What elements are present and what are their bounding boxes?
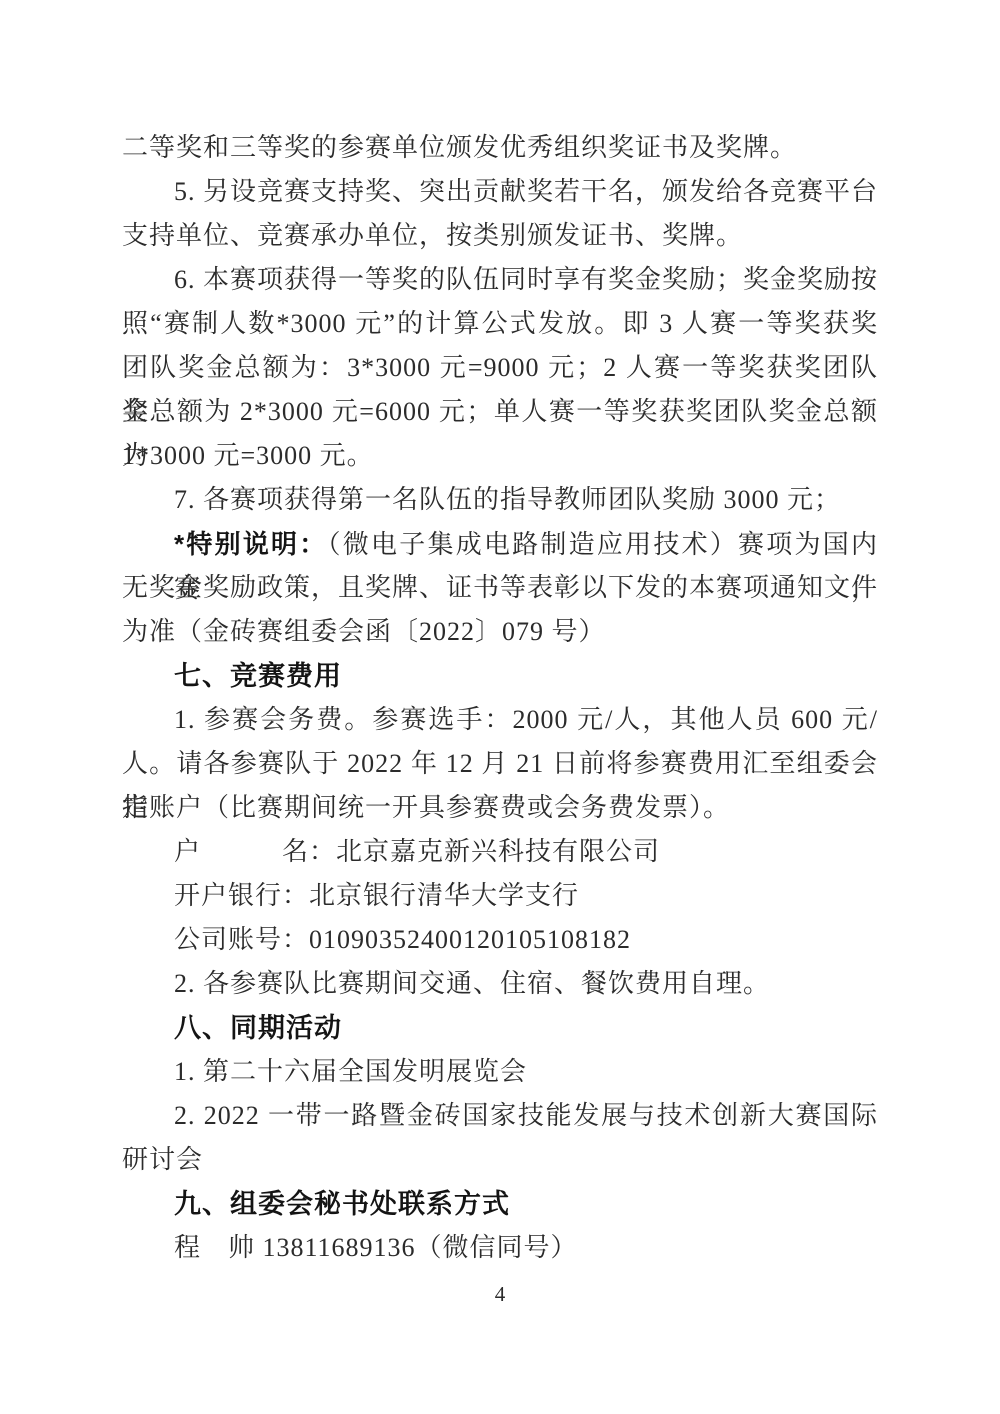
doc-line: 无奖金奖励政策，且奖牌、证书等表彰以下发的本赛项通知文件 (122, 566, 878, 610)
doc-line: 团队奖金总额为：3*3000 元=9000 元；2 人赛一等奖获奖团队奖 (122, 346, 878, 390)
doc-line: 照“赛制人数*3000 元”的计算公式发放。即 3 人赛一等奖获奖 (122, 302, 878, 346)
heading-section-8-events: 八、同期活动 (122, 1006, 878, 1050)
doc-line: 二等奖和三等奖的参赛单位颁发优秀组织奖证书及奖牌。 (122, 126, 878, 170)
doc-line-item-2: 2. 2022 一带一路暨金砖国家技能发展与技术创新大赛国际 (122, 1094, 878, 1138)
doc-line: 研讨会 (122, 1138, 878, 1182)
doc-line: 为准（金砖赛组委会函〔2022〕079 号） (122, 610, 878, 654)
account-number-line: 公司账号：01090352400120105108182 (122, 918, 878, 962)
doc-line-item-6: 6. 本赛项获得一等奖的队伍同时享有奖金奖励；奖金奖励按 (122, 258, 878, 302)
doc-line: 支持单位、竞赛承办单位，按类别颁发证书、奖牌。 (122, 214, 878, 258)
document-body: 二等奖和三等奖的参赛单位颁发优秀组织奖证书及奖牌。 5. 另设竞赛支持奖、突出贡… (122, 126, 878, 1270)
contact-line: 程 帅 13811689136（微信同号） (122, 1226, 878, 1270)
doc-line-item-1: 1. 参赛会务费。参赛选手：2000 元/人，其他人员 600 元/ (122, 698, 878, 742)
document-page: 二等奖和三等奖的参赛单位颁发优秀组织奖证书及奖牌。 5. 另设竞赛支持奖、突出贡… (0, 0, 1000, 1414)
doc-line-item-1: 1. 第二十六届全国发明展览会 (122, 1050, 878, 1094)
heading-section-9-contact: 九、组委会秘书处联系方式 (122, 1182, 878, 1226)
page-number: 4 (0, 1280, 1000, 1308)
doc-line: 定账户（比赛期间统一开具参赛费或会务费发票）。 (122, 786, 878, 830)
doc-line-item-7: 7. 各赛项获得第一名队伍的指导教师团队奖励 3000 元； (122, 478, 878, 522)
doc-line: 人。请各参赛队于 2022 年 12 月 21 日前将参赛费用汇至组委会指 (122, 742, 878, 786)
doc-line: 1*3000 元=3000 元。 (122, 434, 878, 478)
bank-line: 开户银行：北京银行清华大学支行 (122, 874, 878, 918)
special-note-line: *特别说明：（微电子集成电路制造应用技术）赛项为国内赛， (122, 522, 878, 566)
account-name-line: 户 名：北京嘉克新兴科技有限公司 (122, 830, 878, 874)
doc-line-item-2: 2. 各参赛队比赛期间交通、住宿、餐饮费用自理。 (122, 962, 878, 1006)
special-note-label: *特别说明： (174, 529, 328, 559)
doc-line-item-5: 5. 另设竞赛支持奖、突出贡献奖若干名，颁发给各竞赛平台 (122, 170, 878, 214)
doc-line: 金总额为 2*3000 元=6000 元；单人赛一等奖获奖团队奖金总额为 (122, 390, 878, 434)
heading-section-7-fees: 七、竞赛费用 (122, 654, 878, 698)
